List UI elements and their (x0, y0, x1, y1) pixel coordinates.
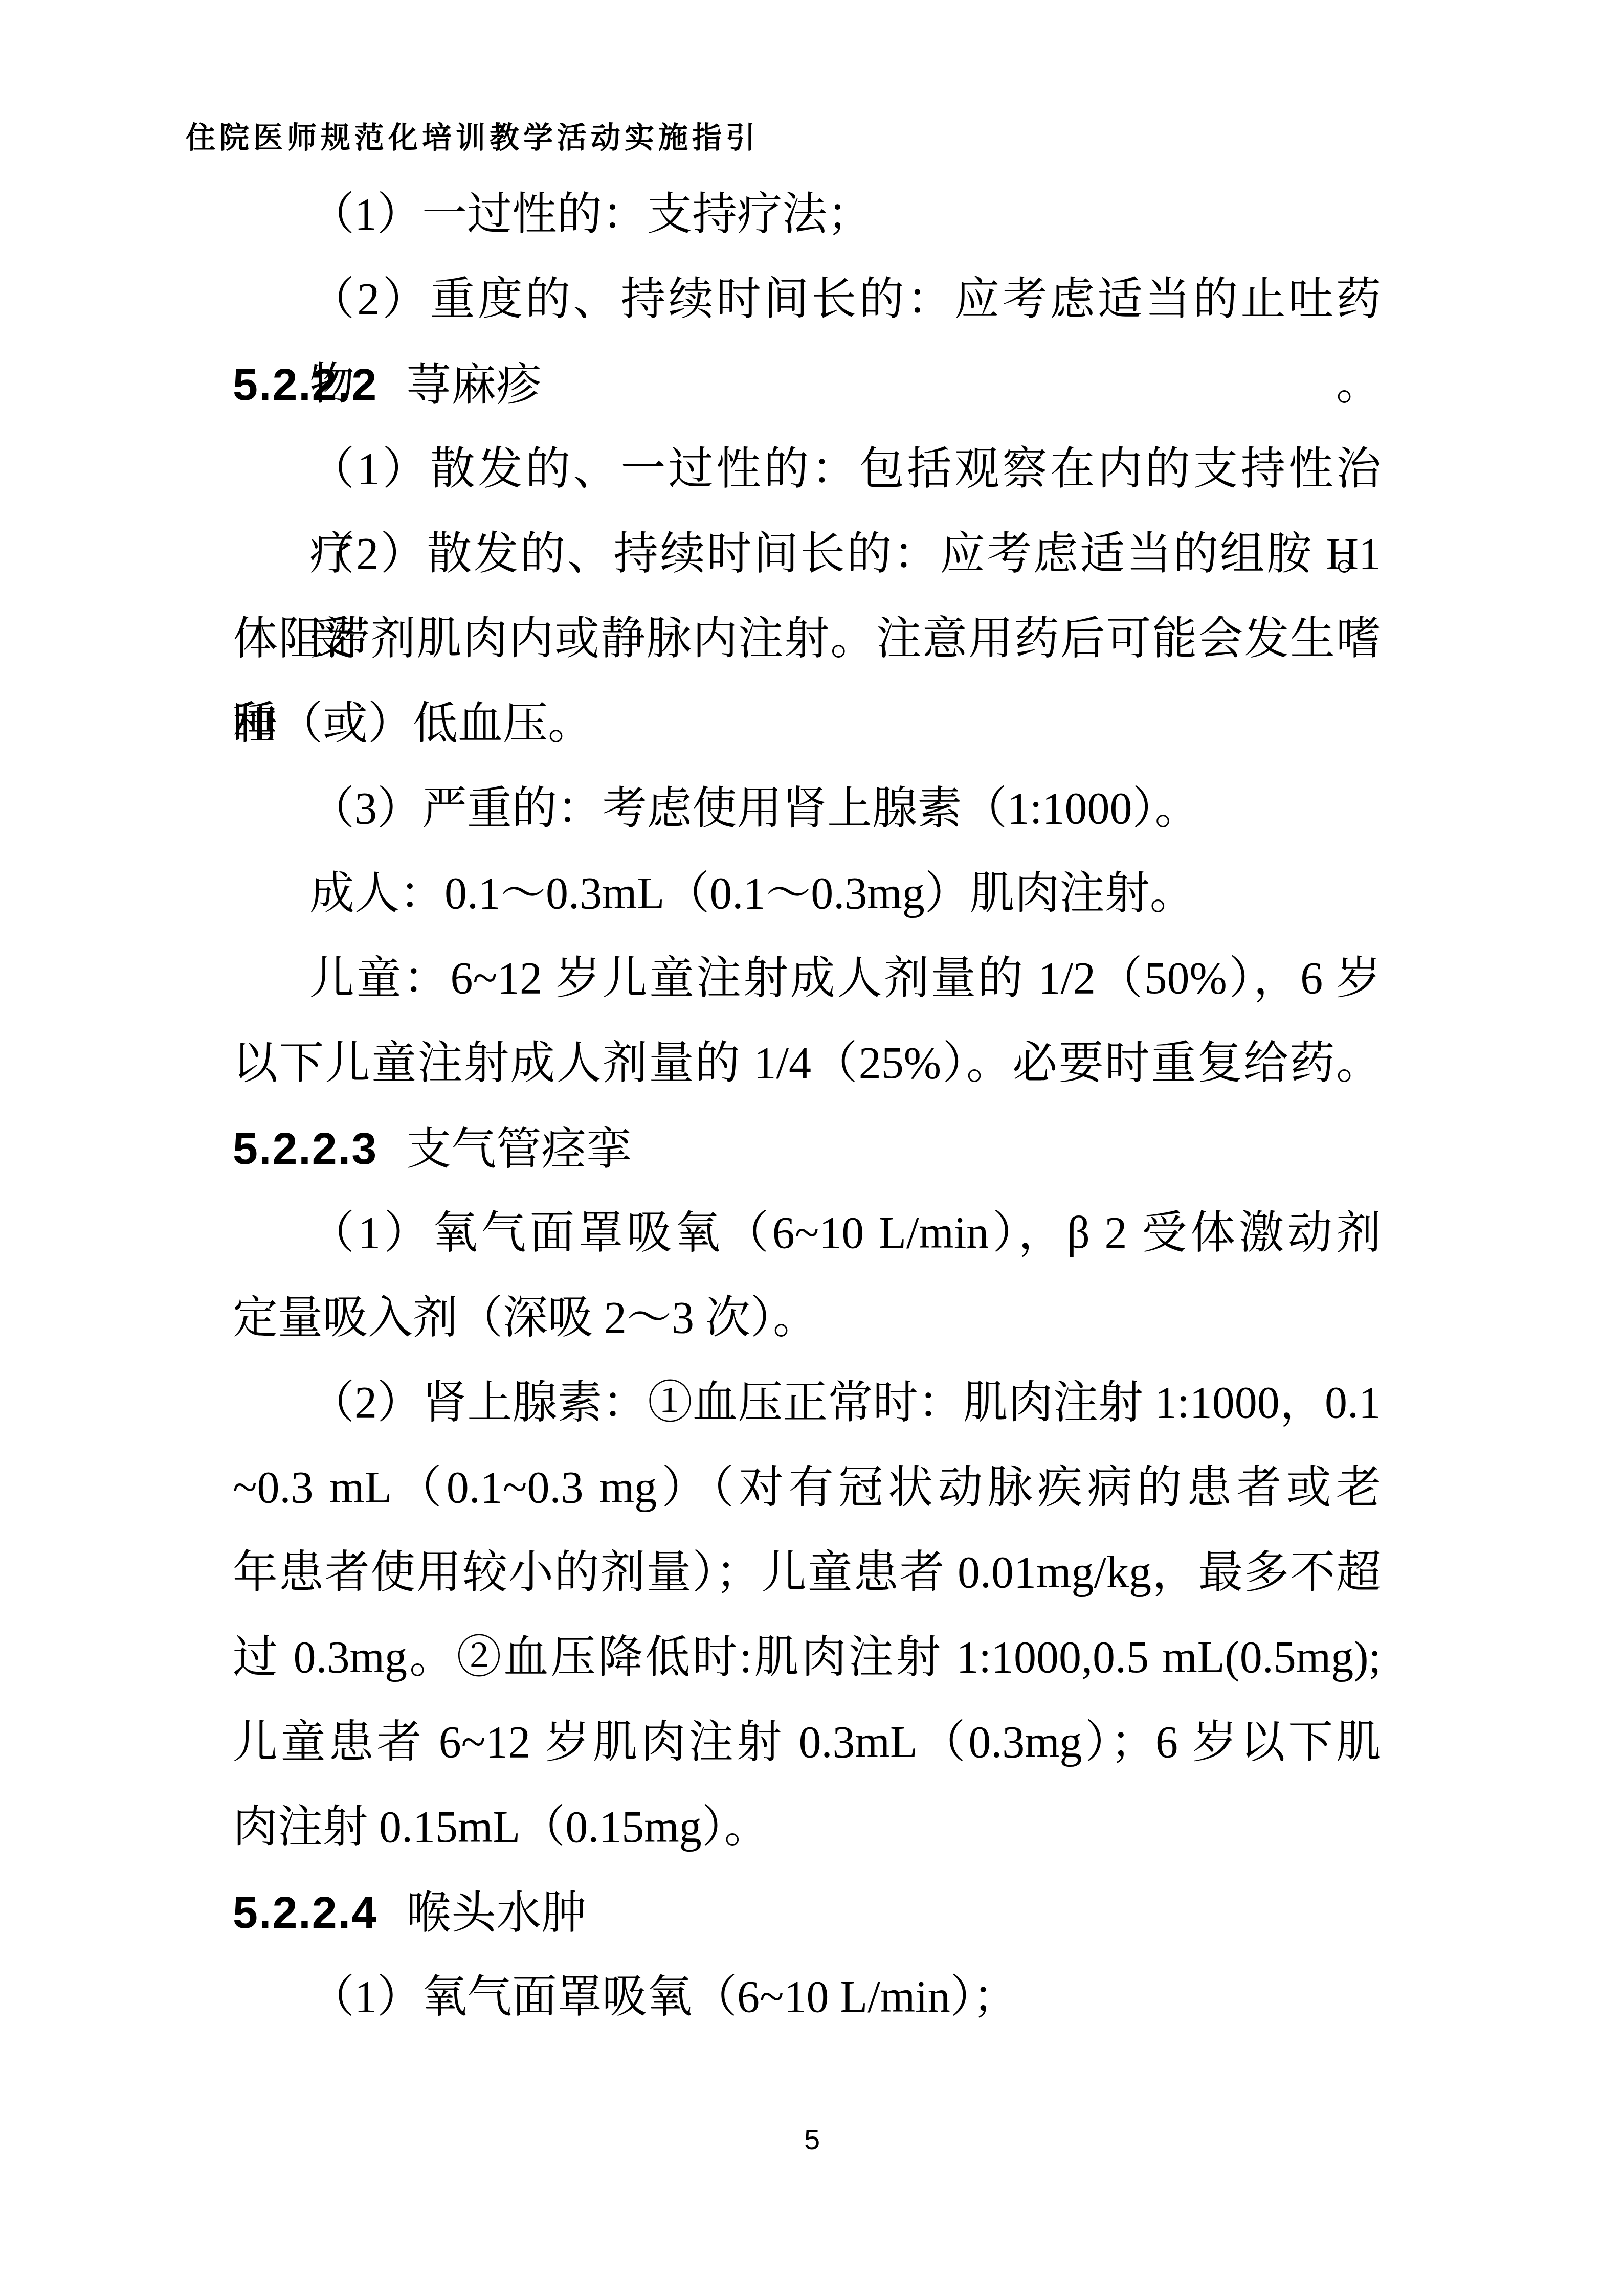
text-line: （3）严重的：考虑使用肾上腺素（1:1000）。 (233, 767, 1381, 851)
section-title: 荨麻疹 (406, 361, 541, 410)
text-line: 体阻滞剂肌肉内或静脉内注射。注意用药后可能会发生嗜睡 (233, 597, 1381, 682)
text-line: （1）氧气面罩吸氧（6~10 L/min）； (233, 1955, 1381, 2040)
text-line: （2）重度的、持续时间长的：应考虑适当的止吐药物。 (233, 257, 1381, 342)
text-line: 年患者使用较小的剂量）；儿童患者 0.01mg/kg，最多不超 (233, 1530, 1381, 1615)
text-line: 过 0.3mg。②血压降低时:肌肉注射 1:1000,0.5 mL(0.5mg)… (233, 1615, 1381, 1700)
text-line: 以下儿童注射成人剂量的 1/4（25%）。必要时重复给药。 (233, 1021, 1381, 1106)
section-number: 5.2.2.3 (233, 1123, 377, 1174)
section-title: 喉头水肿 (406, 1888, 586, 1938)
text-line: ~0.3 mL（0.1~0.3 mg）（对有冠状动脉疾病的患者或老 (233, 1446, 1381, 1530)
text-line: （2）散发的、持续时间长的：应考虑适当的组胺 H1 受 (233, 512, 1381, 597)
text-line: 和（或）低血压。 (233, 682, 1381, 767)
section-number: 5.2.2.4 (233, 1887, 377, 1938)
text-line: 肉注射 0.15mL（0.15mg）。 (233, 1785, 1381, 1870)
text-line: 儿童患者 6~12 岁肌肉注射 0.3mL（0.3mg）；6 岁以下肌 (233, 1700, 1381, 1785)
page-number: 5 (0, 2122, 1624, 2156)
text-line: （1）氧气面罩吸氧（6~10 L/min），β 2 受体激动剂 (233, 1191, 1381, 1276)
document-page: { "document": { "header": "住院医师规范化培训教学活动… (0, 0, 1624, 2296)
text-line: 定量吸入剂（深吸 2～3 次）。 (233, 1276, 1381, 1361)
document-body: （1）一过性的：支持疗法； （2）重度的、持续时间长的：应考虑适当的止吐药物。 … (233, 172, 1381, 2040)
text-line: （1）一过性的：支持疗法； (233, 172, 1381, 257)
section-number: 5.2.2.2 (233, 359, 377, 410)
section-heading: 5.2.2.3支气管痉挛 (233, 1106, 1381, 1191)
text-line: （1）散发的、一过性的：包括观察在内的支持性治疗。 (233, 427, 1381, 512)
text-line: （2）肾上腺素：①血压正常时：肌肉注射 1:1000，0.1 (233, 1361, 1381, 1446)
text-line: 儿童：6~12 岁儿童注射成人剂量的 1/2（50%），6 岁 (233, 936, 1381, 1021)
text-line: 成人：0.1～0.3mL（0.1～0.3mg）肌肉注射。 (233, 851, 1381, 936)
section-heading: 5.2.2.4喉头水肿 (233, 1870, 1381, 1955)
document-header-title: 住院医师规范化培训教学活动实施指引 (186, 114, 760, 156)
section-title: 支气管痉挛 (406, 1124, 631, 1174)
